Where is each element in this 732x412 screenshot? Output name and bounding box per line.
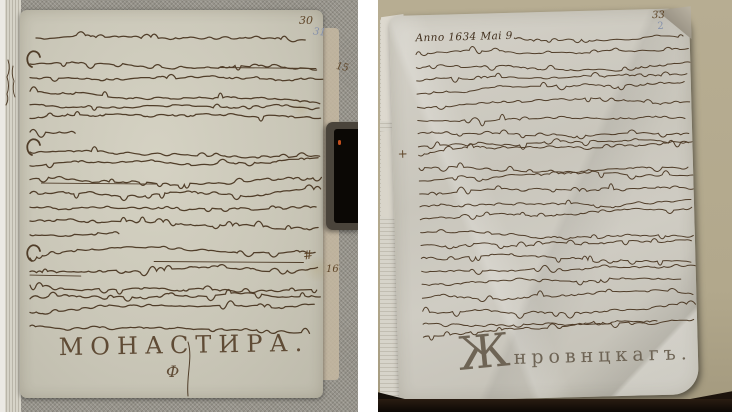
right-margin-plus-mark: +: [397, 147, 407, 161]
left-manuscript-photo: 30 31 15 # 16 МОНАСТИРА. Ф: [0, 0, 358, 412]
title-rest: нровнцкагъ.: [513, 342, 692, 369]
paper-stain: [290, 100, 312, 118]
right-page-number-pencil: 2: [657, 21, 664, 32]
left-page-number-ink: 30: [299, 14, 313, 27]
right-page-paper: 33 2 Anno 1634 Mai 9. + Ж нровнцкагъ.: [389, 8, 699, 402]
left-margin-mark-16: 16: [326, 264, 339, 275]
left-margin-hash-mark: #: [302, 247, 314, 262]
clasp-glint: [338, 140, 341, 145]
shadow-bottom-band: [378, 399, 732, 412]
paper-stain: [80, 366, 120, 384]
left-margin-mark-15: 15: [335, 61, 349, 74]
left-bottom-title-monastyra: МОНАСТИРА.: [56, 329, 312, 361]
book-cover-edge: [0, 0, 5, 412]
right-page-number-ink: 33: [652, 10, 665, 21]
title-initial-zh: Ж: [456, 329, 511, 374]
manuscript-photo-collage: 30 31 15 # 16 МОНАСТИРА. Ф 33 2 Anno 163…: [0, 0, 732, 412]
right-manuscript-photo: 33 2 Anno 1634 Mai 9. + Ж нровнцкагъ.: [378, 0, 732, 412]
book-clasp: [326, 122, 358, 230]
right-bottom-title-zhirovitskago: Ж нровнцкагъ.: [457, 326, 688, 372]
left-bottom-initial-f: Ф: [166, 362, 179, 381]
left-page-number-pencil: 31: [312, 26, 326, 38]
